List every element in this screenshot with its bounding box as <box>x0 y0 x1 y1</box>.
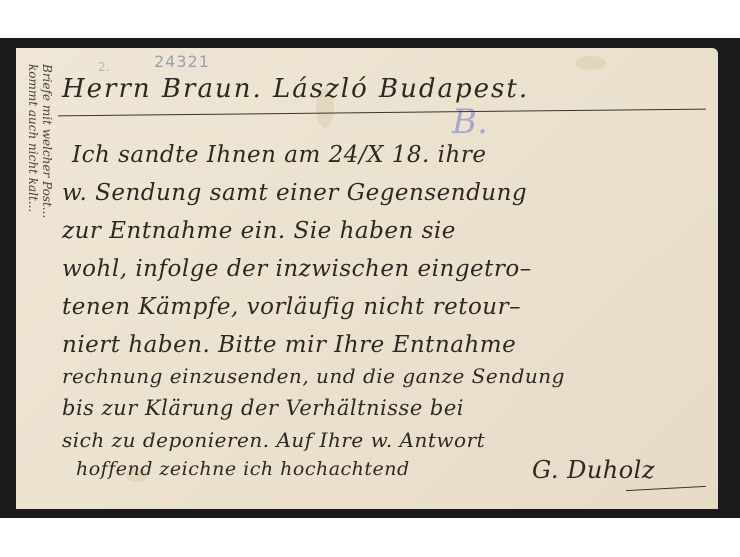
body-line: sich zu deponieren. Auf Ihre w. Antwort <box>62 428 710 452</box>
body-line: w. Sendung samt einer Gegensendung <box>62 180 710 206</box>
body-line: bis zur Klärung der Verhältnisse bei <box>62 396 710 420</box>
signature: G. Duholz <box>532 456 710 484</box>
body-line: Ich sandte Ihnen am 24/X 18. ihre <box>72 142 710 168</box>
signature-flourish <box>626 486 706 491</box>
address-line: Herrn Braun. László Budapest. <box>62 74 710 104</box>
body-line: niert haben. Bitte mir Ihre Entnahme <box>62 332 710 358</box>
body-line: zur Entnahme ein. Sie haben sie <box>62 218 710 244</box>
paper-stain <box>576 56 606 70</box>
margin-note-line: Briefe mit welcher Post... <box>40 64 54 504</box>
body-line: rechnung einzusenden, und die ganze Send… <box>62 364 710 388</box>
body-line: wohl, infolge der inzwischen eingetro– <box>62 256 710 282</box>
margin-note: Briefe mit welcher Post... kommt auch ni… <box>20 60 60 509</box>
blue-pencil-mark: B. <box>452 102 488 142</box>
body-line: tenen Kämpfe, vorläufig nicht retour– <box>62 294 710 320</box>
archive-prefix: 2. <box>98 60 109 74</box>
margin-note-line: kommt auch nicht kalt... <box>26 64 40 504</box>
archive-number: 24321 <box>154 52 210 71</box>
postcard: 2. 24321 B. Briefe mit welcher Post... k… <box>16 48 718 509</box>
address-underline <box>58 109 706 117</box>
